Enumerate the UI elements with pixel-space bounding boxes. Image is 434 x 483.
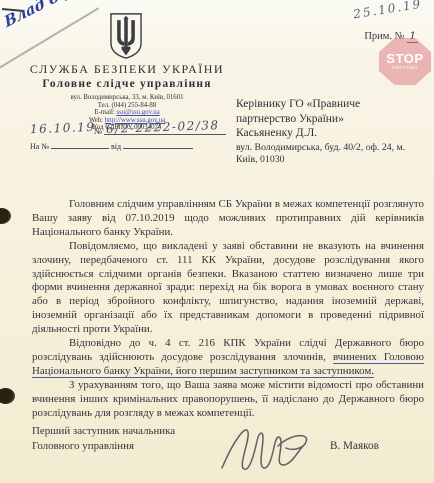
signature-scribble-icon xyxy=(218,420,318,483)
body-paragraph-1: Головним слідчим управлінням СБ України … xyxy=(32,198,424,240)
email-value: ssu@ssu.gov.ua xyxy=(116,109,159,116)
recipient-name-block: Керівнику ГО «Правниче партнерство Украї… xyxy=(236,97,396,141)
signer-position-line2: Головного управління xyxy=(32,439,232,454)
scanned-letter-page: Влад в розроб 25.10.19 Прим. № 1 STOP КО… xyxy=(0,0,434,483)
ref-number-blank xyxy=(51,140,109,149)
outgoing-number-line: 16.10.19 № 6/2-2222-02/38 xyxy=(30,121,230,139)
handwritten-resolution-note: Влад в розроб xyxy=(2,0,106,31)
letterhead-address: вул. Володимирська, 33, м. Київ, 01601 xyxy=(0,94,254,102)
ref-right-label: від xyxy=(111,142,121,151)
ref-date-blank xyxy=(123,140,193,149)
stop-watermark-text: STOP xyxy=(386,52,423,65)
stop-watermark-subtext: КОРУПЦІЇ xyxy=(392,65,418,71)
letterhead-phone: Тел. (044) 255-84-88 xyxy=(0,102,254,110)
org-name: СЛУЖБА БЕЗПЕКИ УКРАЇНИ xyxy=(0,62,254,77)
stop-corruption-watermark-icon: STOP КОРУПЦІЇ xyxy=(379,38,431,85)
punch-hole xyxy=(0,208,11,224)
recipient-address-block: вул. Володимирська, буд. 40/2, оф. 24, м… xyxy=(236,142,426,165)
body-paragraph-2: Повідомляємо, що викладені у заяві обста… xyxy=(32,240,424,337)
signer-name: В. Маяков xyxy=(330,440,379,452)
ref-left-label: На № xyxy=(30,142,49,151)
reference-number-line: На № від xyxy=(30,140,240,151)
body-paragraph-3: Відповідно до ч. 4 ст. 216 КПК України с… xyxy=(32,337,424,379)
signer-position-block: Перший заступник начальника Головного уп… xyxy=(32,424,232,453)
email-label: E-mail: xyxy=(94,109,114,116)
handwritten-letter-date: 16.10.19 xyxy=(30,120,96,136)
signer-position-line1: Перший заступник начальника xyxy=(32,424,232,439)
ukraine-trident-emblem-icon xyxy=(104,13,148,59)
letter-body: Головним слідчим управлінням СБ України … xyxy=(32,198,424,421)
letterhead-email-line: E-mail: ssu@ssu.gov.ua xyxy=(0,109,254,117)
number-sign-label: № xyxy=(94,126,102,136)
body-paragraph-4: З урахуванням того, що Ваша заява може м… xyxy=(32,379,424,421)
handwritten-received-date: 25.10.19 xyxy=(352,0,423,21)
department-name: Головне слідче управління xyxy=(0,78,254,90)
punch-hole xyxy=(0,388,15,404)
